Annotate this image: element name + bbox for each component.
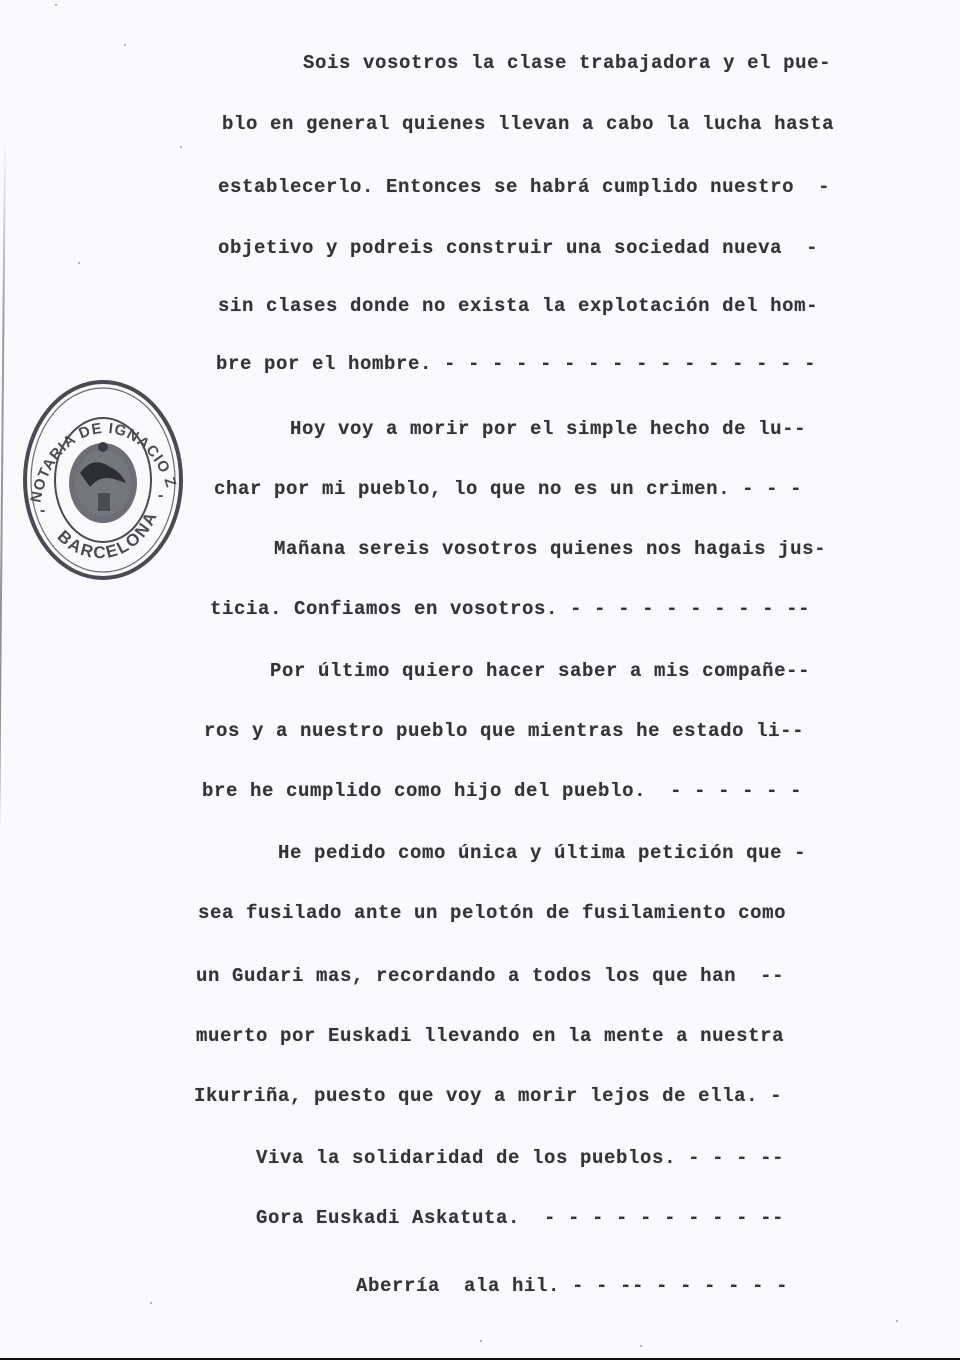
text-line: Por último quiero hacer saber a mis comp… (270, 660, 810, 682)
text-line: sea fusilado ante un pelotón de fusilami… (198, 902, 786, 924)
notary-stamp: NOTARIA DE IGNACIO ZABALA BARCELONA - - (18, 375, 188, 585)
scan-speck (480, 1340, 482, 1342)
scan-speck (600, 790, 602, 792)
text-line: sin clases donde no exista la explotació… (218, 295, 818, 317)
text-line: blo en general quienes llevan a cabo la … (222, 113, 834, 135)
text-line: bre he cumplido como hijo del pueblo. - … (202, 780, 802, 802)
text-line: un Gudari mas, recordando a todos los qu… (196, 965, 784, 987)
scan-speck (180, 146, 182, 148)
scan-speck (78, 262, 80, 264)
text-line: ros y a nuestro pueblo que mientras he e… (204, 720, 804, 742)
scan-speck (640, 1345, 642, 1347)
text-line: Mañana sereis vosotros quienes nos hagai… (274, 538, 826, 560)
text-line: Hoy voy a morir por el simple hecho de l… (290, 418, 806, 440)
svg-text:-: - (158, 487, 163, 504)
text-line: Ikurriña, puesto que voy a morir lejos d… (194, 1085, 782, 1107)
text-line: Aberría ala hil. - - -- - - - - - - (356, 1275, 788, 1297)
scan-speck (124, 44, 126, 46)
scan-speck (896, 1320, 898, 1322)
text-line: muerto por Euskadi llevando en la mente … (196, 1025, 784, 1047)
text-line: Viva la solidaridad de los pueblos. - - … (256, 1147, 784, 1169)
text-line: He pedido como única y última petición q… (278, 842, 806, 864)
text-line: establecerlo. Entonces se habrá cumplido… (218, 176, 830, 198)
page-edge-shadow (0, 140, 6, 1355)
document-page: Sois vosotros la clase trabajadora y el … (0, 0, 960, 1360)
text-line: objetivo y podreis construir una socieda… (218, 237, 818, 259)
svg-text:-: - (40, 502, 45, 519)
text-line: ticia. Confiamos en vosotros. - - - - - … (210, 598, 810, 620)
scan-speck (55, 4, 57, 6)
text-line: bre por el hombre. - - - - - - - - - - -… (216, 353, 816, 375)
coat-of-arms-icon (69, 442, 137, 523)
scan-speck (460, 420, 462, 422)
scan-speck (150, 1302, 152, 1304)
text-line: Gora Euskadi Askatuta. - - - - - - - - -… (256, 1207, 784, 1229)
text-line: Sois vosotros la clase trabajadora y el … (303, 52, 831, 74)
text-line: char por mi pueblo, lo que no es un crim… (214, 478, 802, 500)
